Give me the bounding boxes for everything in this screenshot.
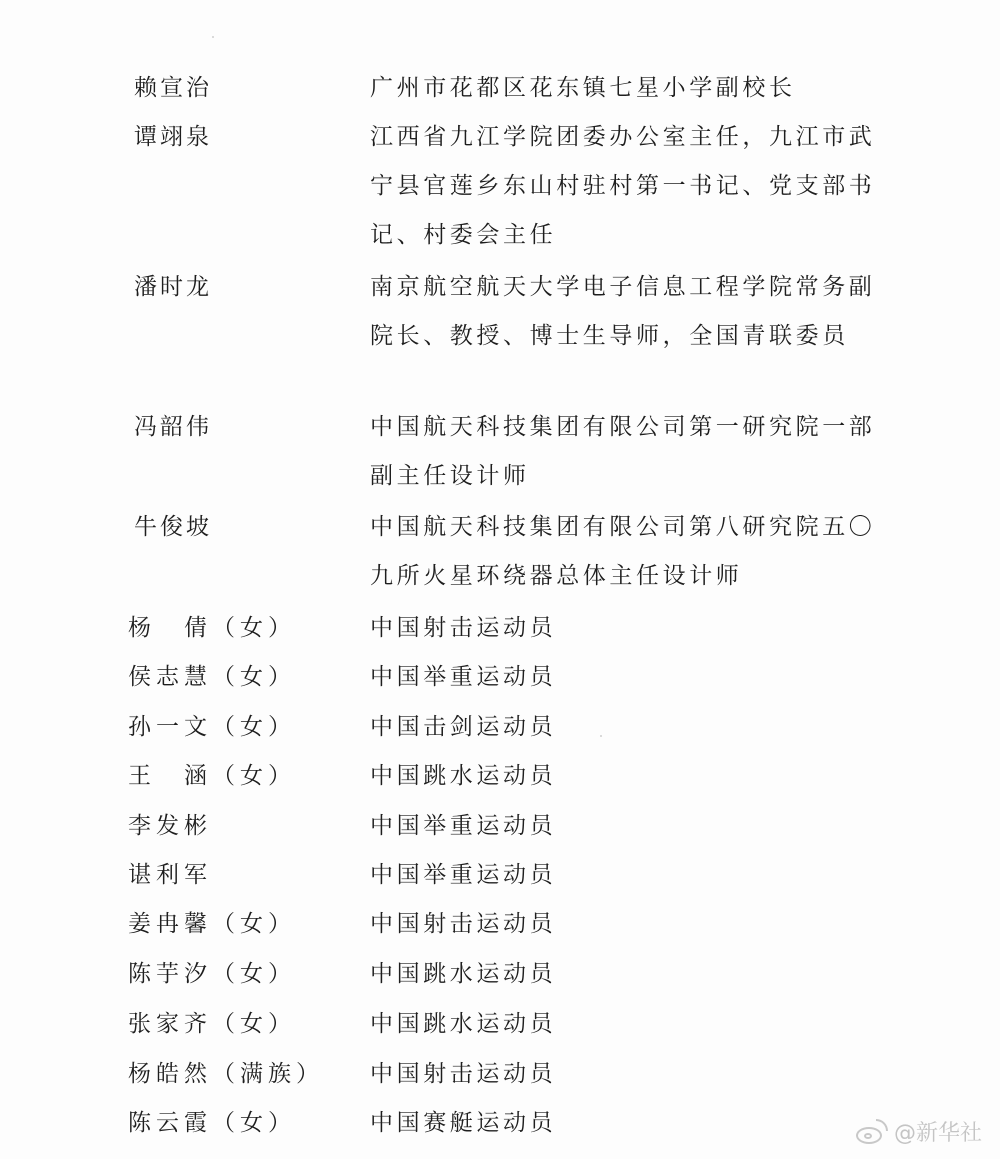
person-description: 中国射击运动员 (370, 1050, 890, 1099)
description-line: 院长、教授、博士生导师，全国青联委员 (370, 312, 890, 361)
person-description: 中国举重运动员 (370, 802, 890, 851)
description-line: 中国举重运动员 (370, 802, 890, 851)
description-line: 副主任设计师 (370, 452, 890, 501)
person-name: 孙一文（女） (128, 703, 296, 752)
person-description: 中国赛艇运动员 (370, 1099, 890, 1148)
person-name: 谌利军 (128, 851, 212, 900)
person-name: 杨皓然（满族） (128, 1050, 324, 1099)
description-line: 九所火星环绕器总体主任设计师 (370, 552, 890, 601)
watermark: @新华社 (854, 1116, 982, 1147)
description-line: 广州市花都区花东镇七星小学副校长 (370, 64, 890, 113)
description-line: 中国跳水运动员 (370, 1000, 890, 1049)
description-line: 记、村委会主任 (370, 211, 890, 260)
watermark-text: @新华社 (894, 1116, 982, 1147)
person-description: 中国跳水运动员 (370, 752, 890, 801)
person-name: 潘时龙 (134, 263, 212, 312)
description-line: 宁县官莲乡东山村驻村第一书记、党支部书 (370, 162, 890, 211)
weibo-icon (854, 1119, 888, 1145)
description-line: 中国射击运动员 (370, 604, 890, 653)
person-description: 中国航天科技集团有限公司第八研究院五〇 九所火星环绕器总体主任设计师 (370, 503, 890, 601)
document-page: 赖宣治 广州市花都区花东镇七星小学副校长 谭翊泉 江西省九江学院团委办公室主任，… (0, 0, 1000, 1159)
person-description: 南京航空航天大学电子信息工程学院常务副 院长、教授、博士生导师，全国青联委员 (370, 263, 890, 361)
person-name: 牛俊坡 (134, 503, 212, 552)
person-description: 中国举重运动员 (370, 653, 890, 702)
person-description: 中国举重运动员 (370, 851, 890, 900)
person-name: 李发彬 (128, 802, 212, 851)
description-line: 江西省九江学院团委办公室主任，九江市武 (370, 113, 890, 162)
description-line: 中国跳水运动员 (370, 950, 890, 999)
person-description: 中国跳水运动员 (370, 1000, 890, 1049)
person-description: 中国射击运动员 (370, 900, 890, 949)
person-name: 冯韶伟 (134, 403, 212, 452)
person-name: 杨 倩（女） (128, 604, 296, 653)
person-name: 赖宣治 (134, 64, 212, 113)
person-description: 中国航天科技集团有限公司第一研究院一部 副主任设计师 (370, 403, 890, 501)
description-line: 中国举重运动员 (370, 851, 890, 900)
person-description: 中国跳水运动员 (370, 950, 890, 999)
person-name: 侯志慧（女） (128, 653, 296, 702)
person-description: 江西省九江学院团委办公室主任，九江市武 宁县官莲乡东山村驻村第一书记、党支部书 … (370, 113, 890, 260)
person-name: 陈芋汐（女） (128, 950, 296, 999)
description-line: 中国赛艇运动员 (370, 1099, 890, 1148)
description-line: 南京航空航天大学电子信息工程学院常务副 (370, 263, 890, 312)
description-line: 中国跳水运动员 (370, 752, 890, 801)
description-line: 中国击剑运动员 (370, 703, 890, 752)
person-name: 谭翊泉 (134, 113, 212, 162)
description-line: 中国射击运动员 (370, 900, 890, 949)
description-line: 中国航天科技集团有限公司第八研究院五〇 (370, 503, 890, 552)
description-line: 中国航天科技集团有限公司第一研究院一部 (370, 403, 890, 452)
person-name: 王 涵（女） (128, 752, 296, 801)
description-line: 中国举重运动员 (370, 653, 890, 702)
person-description: 中国击剑运动员 (370, 703, 890, 752)
scan-speck (212, 36, 214, 38)
person-name: 陈云霞（女） (128, 1099, 296, 1148)
person-name: 姜冉馨（女） (128, 900, 296, 949)
description-line: 中国射击运动员 (370, 1050, 890, 1099)
person-description: 广州市花都区花东镇七星小学副校长 (370, 64, 890, 113)
person-name: 张家齐（女） (128, 1000, 296, 1049)
person-description: 中国射击运动员 (370, 604, 890, 653)
